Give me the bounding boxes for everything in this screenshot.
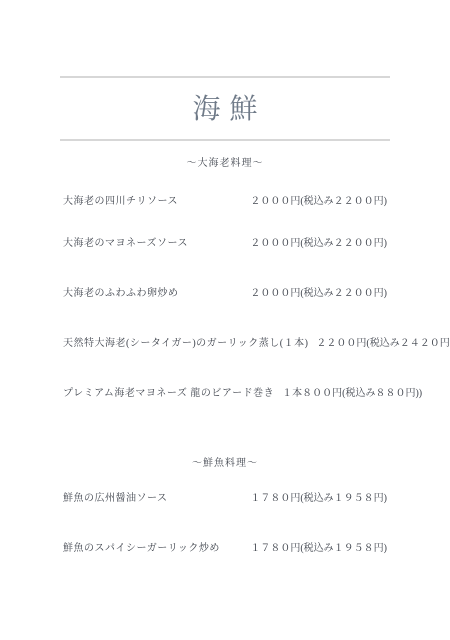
- menu-item: プレミアム海老マヨネーズ 龍のビアード巻き １本８００円(税込み８８０円)): [60, 388, 390, 400]
- item-name: 鮮魚のスパイシーガーリック炒め: [63, 543, 220, 555]
- menu-item: 大海老のふわふわ卵炒め ２０００円(税込み２２００円): [60, 288, 390, 300]
- item-name: 大海老のマヨネーズソース: [63, 238, 188, 250]
- item-price: ２０００円(税込み２２００円): [250, 288, 387, 300]
- item-name: 大海老の四川チリソース: [63, 196, 178, 208]
- item-name: プレミアム海老マヨネーズ 龍のビアード巻き: [63, 388, 274, 400]
- item-price: ２２００円(税込み２４２０円): [316, 338, 450, 350]
- menu-item: 大海老の四川チリソース ２０００円(税込み２２００円): [60, 196, 390, 208]
- menu-item: 鮮魚の広州醤油ソース １７８０円(税込み１９５８円): [60, 493, 390, 505]
- divider-under-title: [60, 139, 390, 141]
- menu-item: 大海老のマヨネーズソース ２０００円(税込み２２００円): [60, 238, 390, 250]
- item-price: １本８００円(税込み８８０円)): [282, 388, 422, 400]
- item-price: １７８０円(税込み１９５８円): [250, 543, 387, 555]
- item-name: 大海老のふわふわ卵炒め: [63, 288, 179, 300]
- section-heading: 〜鮮魚料理〜: [60, 458, 390, 470]
- item-price: ２０００円(税込み２２００円): [250, 196, 387, 208]
- section-heading: 〜大海老料理〜: [60, 158, 390, 170]
- menu-item: 天然特大海老(シータイガー)のガーリック蒸し(１本) ２２００円(税込み２４２０…: [60, 338, 390, 350]
- item-price: ２０００円(税込み２２００円): [250, 238, 387, 250]
- menu-item: 鮮魚のスパイシーガーリック炒め １７８０円(税込み１９５８円): [60, 543, 390, 555]
- menu-page: 海鮮 〜大海老料理〜 大海老の四川チリソース ２０００円(税込み２２００円) 大…: [0, 0, 450, 640]
- page-title: 海鮮: [60, 78, 390, 139]
- item-price: １７８０円(税込み１９５８円): [250, 493, 387, 505]
- item-name: 天然特大海老(シータイガー)のガーリック蒸し(１本): [63, 338, 308, 350]
- item-name: 鮮魚の広州醤油ソース: [63, 493, 168, 505]
- section-fish-dishes: 〜鮮魚料理〜 鮮魚の広州醤油ソース １７８０円(税込み１９５８円) 鮮魚のスパイ…: [60, 458, 390, 555]
- section-shrimp-dishes: 〜大海老料理〜 大海老の四川チリソース ２０００円(税込み２２００円) 大海老の…: [60, 158, 390, 400]
